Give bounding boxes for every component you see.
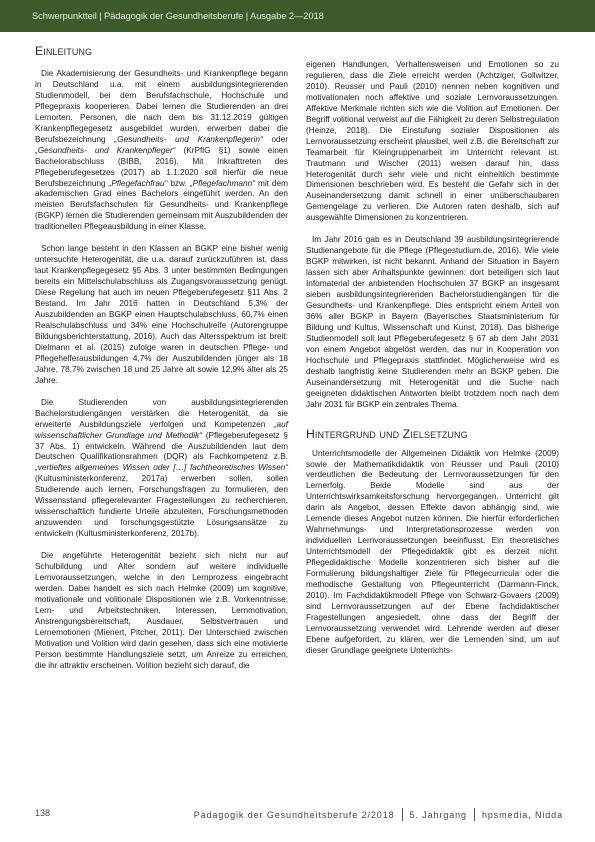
paragraph: Unterrichtsmodelle der Allgemeinen Didak… (306, 449, 559, 657)
right-column: eigenen Handlungen, Verhaltensweisen und… (306, 60, 559, 668)
divider (474, 808, 475, 821)
paragraph: Die Akademisierung der Gesundheits- und … (35, 69, 288, 233)
paragraph: Im Jahr 2016 gab es in Deutschland 39 au… (306, 235, 559, 410)
emphasis: „Gesundheits- und Krankenpfleger“ (35, 146, 175, 155)
paragraph: Die Studierenden von ausbildungsintegrie… (35, 398, 288, 540)
footer-publication-info: Pädagogik der Gesundheitsberufe 2/20185.… (194, 808, 563, 821)
emphasis: „Pflegefachfrau“ (109, 179, 168, 188)
emphasis: „vertieftes allgemeines Wissen oder […] … (35, 463, 288, 472)
emphasis: „Pflegefachmann“ (190, 179, 255, 188)
section-heading-hintergrund: Hintergrund und Zielsetzung (306, 427, 559, 441)
emphasis: „Gesundheits- und Krankenpflegerin“ (114, 135, 262, 144)
header-bar: Schwerpunktteil | Pädagogik der Gesundhe… (0, 0, 595, 32)
running-title: Schwerpunktteil | Pädagogik der Gesundhe… (32, 10, 324, 21)
page-footer: 138 Pädagogik der Gesundheitsberufe 2/20… (0, 808, 595, 822)
section-heading-einleitung: Einleitung (35, 44, 288, 58)
paragraph: eigenen Handlungen, Verhaltensweisen und… (306, 60, 559, 224)
journal-title: Pädagogik der Gesundheitsberufe 2/2018 (194, 810, 395, 820)
publisher: hpsmedia, Nidda (482, 810, 563, 820)
paragraph: Schon lange besteht in den Klassen an BG… (35, 244, 288, 386)
page-number: 138 (35, 808, 50, 818)
divider (402, 808, 403, 821)
paragraph: Die angeführte Heterogenität bezieht sic… (35, 551, 288, 671)
volume: 5. Jahrgang (410, 810, 467, 820)
left-column: Einleitung Die Akademisierung der Gesund… (35, 44, 288, 683)
